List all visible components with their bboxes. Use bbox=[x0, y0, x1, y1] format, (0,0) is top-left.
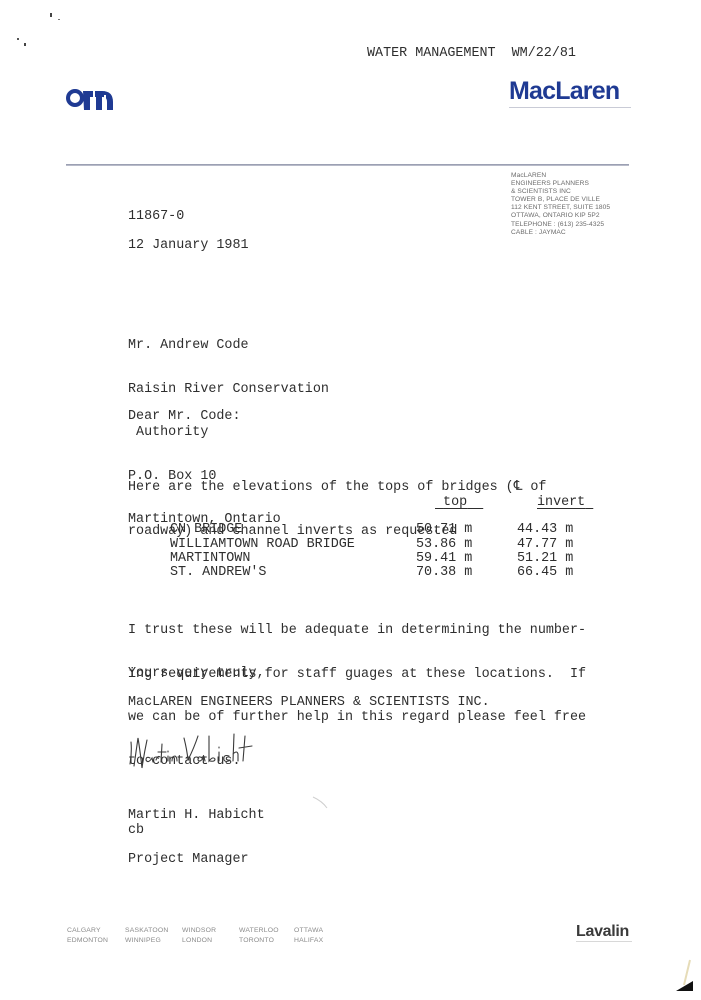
om-logo-icon bbox=[66, 86, 114, 110]
office-column: CALGARY EDMONTON bbox=[67, 926, 108, 946]
address-line: OTTAWA, ONTARIO KIP 5P2 bbox=[511, 212, 610, 220]
lavalin-logo: Lavalin bbox=[576, 923, 629, 941]
header-label: invert bbox=[537, 495, 585, 510]
paragraph-line: I trust these will be adequate in determ… bbox=[128, 624, 586, 639]
recipient-line: Authority bbox=[128, 426, 329, 441]
column-header-top: top bbox=[435, 496, 483, 511]
office-city: HALIFAX bbox=[294, 936, 323, 946]
address-line: ENGINEERS PLANNERS bbox=[511, 180, 610, 188]
letterhead-address: MacLAREN ENGINEERS PLANNERS & SCIENTISTS… bbox=[511, 172, 610, 237]
column-header-invert: invert bbox=[537, 496, 593, 511]
salutation: Dear Mr. Code: bbox=[128, 410, 241, 425]
office-column: WINDSOR LONDON bbox=[182, 926, 216, 946]
logo-underline bbox=[509, 107, 631, 108]
address-line: & SCIENTISTS INC bbox=[511, 188, 610, 196]
table-row-name: CN BRIDGE bbox=[170, 523, 242, 538]
office-city: SASKATOON bbox=[125, 926, 168, 936]
office-column: SASKATOON WINNIPEG bbox=[125, 926, 168, 946]
table-row-name: ST. ANDREW'S bbox=[170, 566, 266, 581]
reference-header: WATER MANAGEMENT WM/22/81 bbox=[367, 47, 576, 62]
signature-icon bbox=[126, 730, 291, 778]
paragraph-line: Here are the elevations of the tops of b… bbox=[128, 481, 546, 496]
table-row-invert: 66.45 m bbox=[517, 566, 573, 581]
paragraph-line: we can be of further help in this regard… bbox=[128, 711, 586, 726]
office-column: WATERLOO TORONTO bbox=[239, 926, 279, 946]
office-city: TORONTO bbox=[239, 936, 279, 946]
table-row-top: 70.38 m bbox=[416, 566, 472, 581]
header-label: top bbox=[443, 495, 467, 510]
recipient-line: Raisin River Conservation bbox=[128, 383, 329, 398]
lavalin-underline bbox=[576, 941, 632, 942]
address-line: TELEPHONE : (613) 235-4325 bbox=[511, 221, 610, 229]
table-row-top: 50.71 m bbox=[416, 523, 472, 538]
table-row-invert: 44.43 m bbox=[517, 523, 573, 538]
address-line: MacLAREN bbox=[511, 172, 610, 180]
signer-title: Project Manager bbox=[128, 853, 265, 868]
letter-date: 12 January 1981 bbox=[128, 239, 249, 254]
typist-initials: cb bbox=[128, 824, 144, 839]
address-line: 112 KENT STREET, SUITE 1805 bbox=[511, 204, 610, 212]
valediction: Yours very truly, bbox=[128, 667, 265, 682]
office-city: WINDSOR bbox=[182, 926, 216, 936]
maclaren-logo: MacLaren bbox=[509, 77, 619, 106]
signer-block: Martin H. Habicht Project Manager bbox=[128, 780, 265, 882]
letterhead-rule bbox=[66, 164, 629, 166]
office-column: OTTAWA HALIFAX bbox=[294, 926, 323, 946]
file-number: 11867-0 bbox=[128, 210, 184, 225]
signer-name: Martin H. Habicht bbox=[128, 809, 265, 824]
office-city: WINNIPEG bbox=[125, 936, 168, 946]
office-city: EDMONTON bbox=[67, 936, 108, 946]
address-line: CABLE : JAYMAC bbox=[511, 229, 610, 237]
address-line: TOWER B, PLACE DE VILLE bbox=[511, 196, 610, 204]
office-city: LONDON bbox=[182, 936, 216, 946]
recipient-line: Mr. Andrew Code bbox=[128, 339, 329, 354]
office-city: WATERLOO bbox=[239, 926, 279, 936]
office-city: OTTAWA bbox=[294, 926, 323, 936]
office-city: CALGARY bbox=[67, 926, 108, 936]
company-name: MacLAREN ENGINEERS PLANNERS & SCIENTISTS… bbox=[128, 696, 490, 711]
